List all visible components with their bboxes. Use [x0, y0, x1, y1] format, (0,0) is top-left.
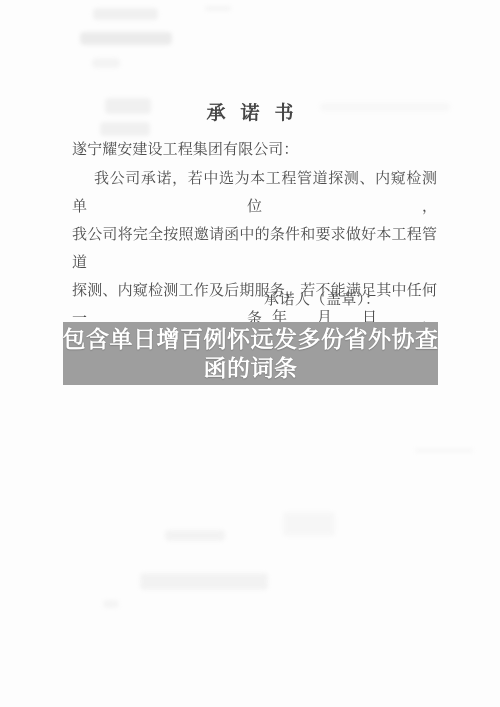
bleed-through-smudge — [103, 600, 119, 608]
bleed-through-smudge — [205, 6, 231, 11]
caption-text-line: 包含单日增百例怀远发多份省外协查 — [63, 325, 439, 354]
bleed-through-smudge — [165, 530, 225, 541]
bleed-through-smudge — [283, 512, 335, 536]
addressee-line: 遂宁耀安建设工程集团有限公司： — [72, 138, 299, 159]
bleed-through-smudge — [92, 58, 120, 68]
paragraph-line: 我公司将完全按照邀请函中的条件和要求做好本工程管道 — [72, 221, 437, 277]
paragraph-line: 我公司承诺，若中选为本工程管道探测、内窥检测单位， — [72, 165, 437, 221]
caption-text-line: 函的词条 — [204, 354, 298, 383]
bleed-through-smudge — [140, 573, 268, 590]
scanned-document-page: 承诺书 遂宁耀安建设工程集团有限公司： 我公司承诺，若中选为本工程管道探测、内窥… — [0, 0, 500, 707]
document-title: 承诺书 — [0, 98, 500, 125]
bleed-through-smudge — [415, 449, 473, 452]
bleed-through-smudge — [93, 8, 158, 20]
bleed-through-smudge — [80, 32, 172, 45]
caption-overlay: 包含单日增百例怀远发多份省外协查 函的词条 — [63, 322, 438, 385]
